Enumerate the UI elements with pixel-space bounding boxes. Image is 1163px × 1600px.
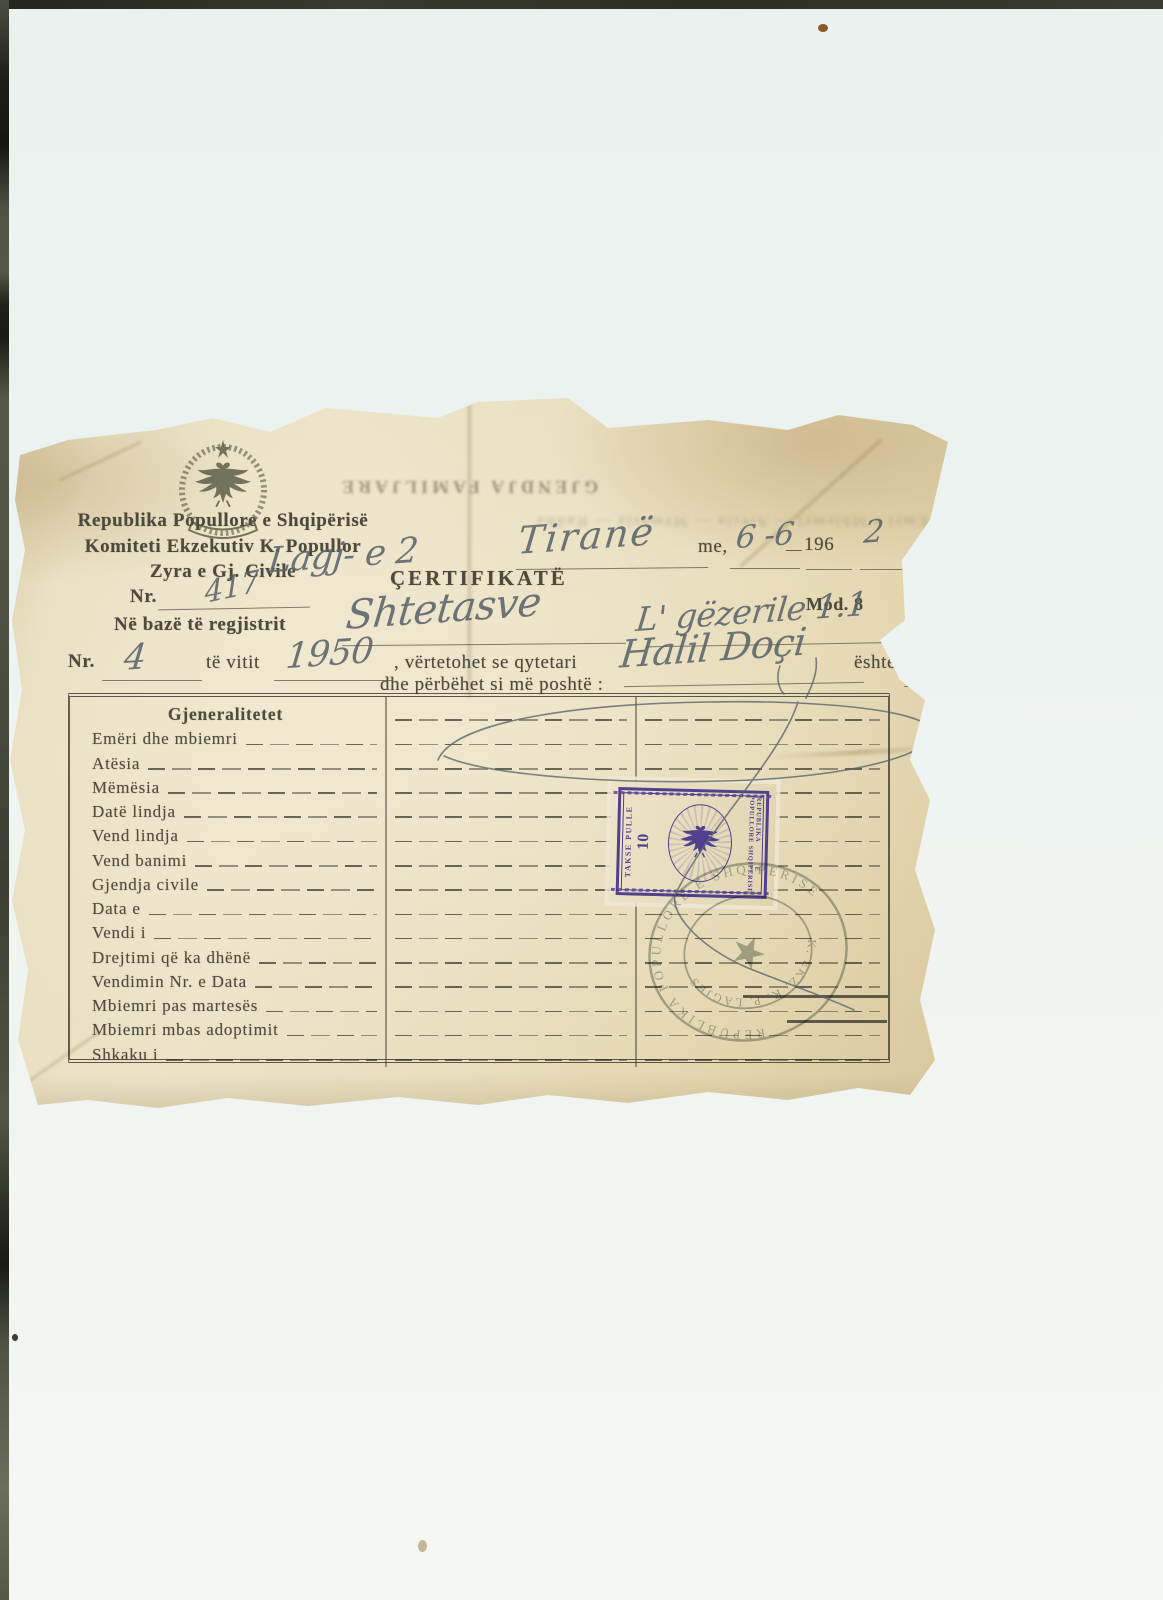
dashed-line — [395, 865, 627, 867]
dashed-line — [395, 889, 627, 891]
dashed-line — [645, 719, 880, 721]
dust-speck — [818, 24, 828, 32]
dashed-line — [395, 986, 627, 988]
date-underline — [860, 569, 918, 570]
printed-year: 196 — [804, 534, 834, 556]
trailing-underline — [904, 686, 940, 687]
te-vitit-label: të vitit — [206, 652, 260, 674]
dashed-line — [395, 841, 627, 843]
row-label: Vendimin Nr. e Data — [70, 973, 251, 994]
row-label: Vend banimi — [70, 852, 191, 873]
header-nr-label: Nr. — [130, 586, 157, 608]
round-stamp-star-icon — [730, 936, 768, 973]
row-label: Atësia — [70, 755, 144, 776]
paper-crease — [59, 440, 143, 483]
dashed-line — [168, 792, 377, 794]
dashed-line — [395, 1035, 627, 1037]
dashed-line — [255, 986, 377, 988]
table-row: Atësia — [70, 751, 888, 775]
row-label: Emëri dhe mbiemri — [70, 730, 242, 751]
dashed-line — [195, 865, 377, 867]
eshte-label: është — [854, 652, 896, 674]
row-label: Shkaku i — [70, 1046, 162, 1067]
table-header-row: Gjeneralitetet — [70, 697, 888, 727]
dashed-line — [395, 768, 627, 770]
scanner-top-edge — [0, 0, 1163, 9]
table-row: Emëri dhe mbiemri — [70, 727, 888, 751]
handwritten-year-value: 1950 — [284, 631, 375, 677]
row-label: Mëmësia — [70, 779, 164, 800]
dashed-line — [395, 1059, 627, 1061]
dashed-line — [148, 768, 377, 770]
date-underline — [730, 568, 800, 569]
dashed-line — [259, 962, 377, 964]
dashed-line — [395, 1011, 627, 1013]
nr-underline — [158, 607, 310, 611]
dashed-line — [287, 1035, 377, 1037]
scanned-certificate-page: { "scan": { "background_color": "#edf3f0… — [0, 0, 1163, 1600]
row-label: Data e — [70, 900, 145, 921]
dashed-line — [395, 816, 627, 818]
date-underline — [806, 569, 852, 570]
vertetohet-label: , vërtetohet se qytetari — [394, 652, 577, 674]
stamp-republika-text: REPUBLIKA POPULLORE — [747, 796, 762, 844]
dust-speck — [12, 1334, 18, 1341]
dashed-line — [395, 792, 627, 794]
svg-text:K. EKZ. K. P. LAGJES: K. EKZ. K. P. LAGJES — [682, 936, 830, 1022]
registry-underline — [342, 643, 626, 646]
table-header-label: Gjeneralitetet — [168, 706, 287, 728]
dashed-line — [149, 914, 377, 916]
year-value-underline — [274, 680, 392, 681]
dateline-me-label: me, — [698, 536, 728, 558]
round-stamp-inner-text: K. EKZ. K. P. LAGJES — [682, 936, 830, 1022]
stamp-value: 10 — [635, 833, 653, 849]
row-label: Mbiemri mbas adoptimit — [70, 1021, 283, 1042]
dash-mark — [786, 550, 802, 551]
dashed-line — [154, 938, 377, 940]
row-label: Mbiemri pas martesës — [70, 997, 262, 1018]
handwritten-city: Tiranë — [516, 509, 658, 563]
dashed-line — [166, 1059, 377, 1061]
nr-value-underline — [102, 680, 202, 681]
scanner-left-edge — [0, 0, 9, 1600]
ghost-bleedthrough-title: GJENDJA FAMILJARE — [338, 476, 598, 497]
dashed-line — [645, 744, 880, 746]
dashed-line — [207, 889, 377, 891]
dashed-line — [645, 768, 880, 770]
row-label: Vendi i — [70, 924, 150, 945]
handwritten-register-nr: 4 — [122, 637, 148, 679]
dashed-line — [395, 938, 627, 940]
row-label: Drejtimi që ka dhënë — [70, 949, 255, 970]
handwritten-year-digit: 2 — [862, 513, 885, 551]
row-label: Gjendja civile — [70, 876, 203, 897]
dashed-line — [184, 816, 377, 818]
dashed-line — [246, 744, 377, 746]
dashed-line — [395, 719, 627, 721]
certificate-paper: GJENDJA FAMILJARE Emri e Mbiemri — Atësi… — [8, 398, 948, 1110]
dashed-line — [395, 962, 627, 964]
registry-label: Në bazë të regjistrit — [114, 614, 286, 636]
dust-speck — [418, 1540, 427, 1552]
citizen-underline — [624, 682, 864, 687]
dashed-line — [187, 841, 377, 843]
line-nr-label: Nr. — [68, 651, 95, 673]
row-label: Vend lindja — [70, 827, 183, 848]
dashed-line — [395, 914, 627, 916]
dashed-line — [266, 1011, 377, 1013]
dashed-line — [395, 744, 627, 746]
header-republic-line: Republika Popullore e Shqipërisë — [48, 510, 398, 532]
row-label: Datë lindja — [70, 803, 180, 824]
